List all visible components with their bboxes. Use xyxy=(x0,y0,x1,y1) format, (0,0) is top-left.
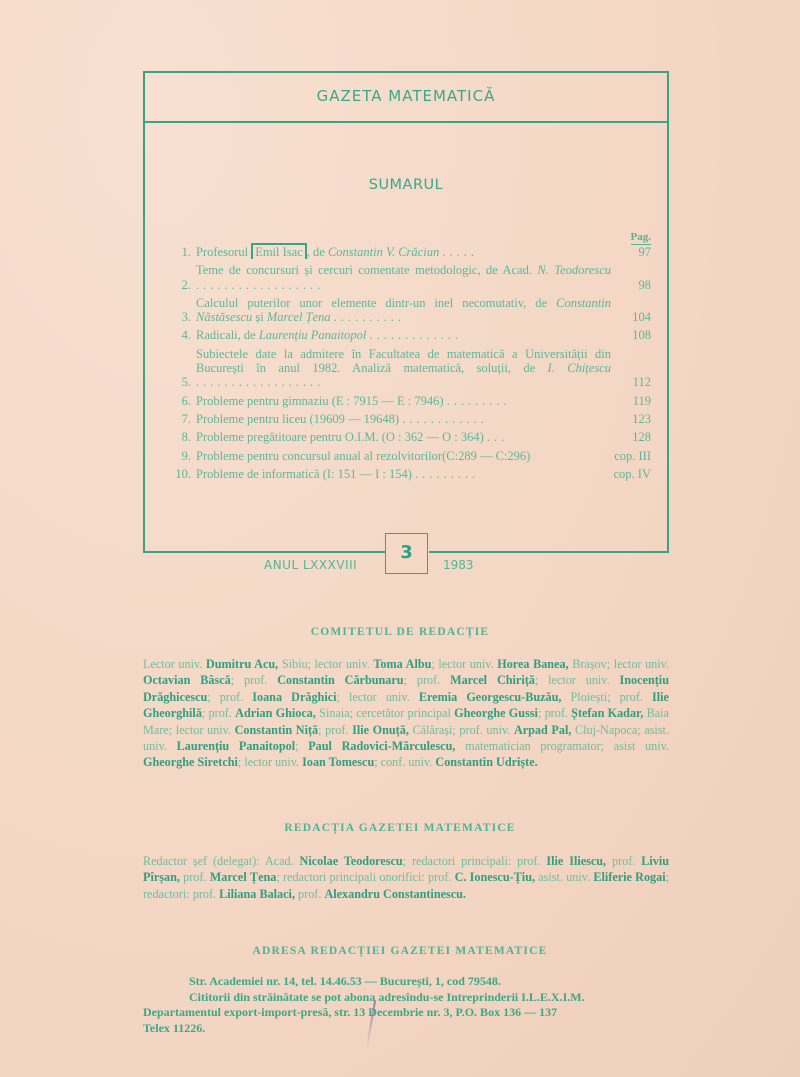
address-line: Str. Academiei nr. 14, tel. 14.46.53 — B… xyxy=(143,974,669,990)
author: Constantin V. Crăciun xyxy=(328,245,439,259)
page-number: 98 xyxy=(611,278,651,292)
masthead-divider xyxy=(145,121,667,123)
author: I. Chițescu xyxy=(548,361,611,375)
page-column-header: Pag. xyxy=(631,231,651,245)
toc-item[interactable]: 5. Subiectele date la admitere în Facult… xyxy=(163,347,651,390)
author: Marcel Țena xyxy=(267,310,331,324)
address-heading: ADRESA REDACȚIEI GAZETEI MATEMATICE xyxy=(0,945,800,957)
page-number: 112 xyxy=(611,375,651,389)
issue-year: 1983 xyxy=(443,558,474,572)
toc-item[interactable]: 10. Probleme de informatică (I: 151 — I … xyxy=(163,467,651,481)
page-number: 128 xyxy=(611,430,651,444)
issue-number-box: 3 xyxy=(385,533,428,574)
issue-rule-left xyxy=(143,551,385,553)
page-number: 108 xyxy=(611,328,651,342)
page-number: 97 xyxy=(611,245,651,259)
toc-item[interactable]: 7. Probleme pentru liceu (19609 — 19648)… xyxy=(163,412,651,426)
page-number: 104 xyxy=(611,310,651,324)
committee-text: Lector univ. Dumitru Acu, Sibiu; lector … xyxy=(143,656,669,771)
address-line: Cititorii din străinătate se pot abona a… xyxy=(143,990,669,1006)
address-block: Str. Academiei nr. 14, tel. 14.46.53 — B… xyxy=(143,974,669,1036)
toc-item[interactable]: 2. Teme de concursuri și cercuri comenta… xyxy=(163,263,651,292)
toc-item[interactable]: 9. Probleme pentru concursul anual al re… xyxy=(163,449,651,463)
author: Laurențiu Panaitopol xyxy=(259,328,367,342)
toc-item[interactable]: 3. Calculul puterilor unor elemente dint… xyxy=(163,296,651,325)
issue-rule-right xyxy=(429,551,669,553)
toc-item[interactable]: 1. Profesorul Emil Isac, de Constantin V… xyxy=(163,245,651,259)
editorial-heading: REDACȚIA GAZETEI MATEMATICE xyxy=(0,822,800,834)
page-number: cop. IV xyxy=(589,467,651,481)
address-line: Departamentul export-import-presă, str. … xyxy=(143,1005,669,1021)
page-number: 123 xyxy=(611,412,651,426)
page-number: cop. III xyxy=(589,449,651,463)
toc-item[interactable]: 8. Probleme pregătitoare pentru O.I.M. (… xyxy=(163,430,651,444)
memorial-name-box: Emil Isac xyxy=(251,243,307,259)
committee-heading: COMITETUL DE REDACȚIE xyxy=(0,626,800,638)
editorial-text: Redactor șef (delegat): Acad. Nicolae Te… xyxy=(143,853,669,902)
summary-frame: GAZETA MATEMATICĂ SUMARUL Pag. 1. Profes… xyxy=(143,71,669,552)
address-line: Telex 11226. xyxy=(143,1021,669,1037)
toc-item[interactable]: 4. Radicali, de Laurențiu Panaitopol ...… xyxy=(163,328,651,342)
toc-item[interactable]: 6. Probleme pentru gimnaziu (E : 7915 — … xyxy=(163,394,651,408)
table-of-contents: 1. Profesorul Emil Isac, de Constantin V… xyxy=(163,245,651,485)
author: N. Teodorescu xyxy=(537,263,611,277)
masthead-title: GAZETA MATEMATICĂ xyxy=(145,87,667,105)
issue-volume: ANUL LXXXVIII xyxy=(264,558,357,572)
summary-title: SUMARUL xyxy=(145,177,667,193)
page-number: 119 xyxy=(611,394,651,408)
